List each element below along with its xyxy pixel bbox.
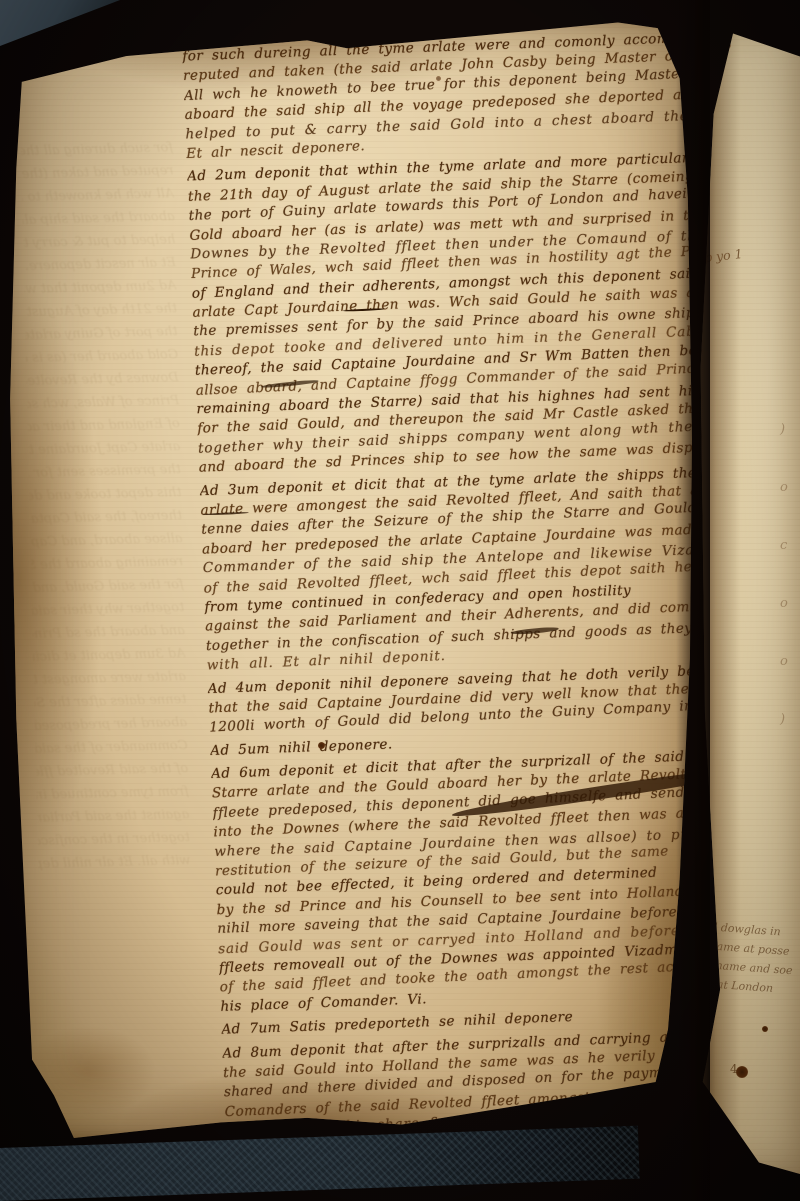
binding-cloth-bottom xyxy=(0,1126,640,1201)
ink-blot xyxy=(736,1066,748,1078)
manuscript-paragraph: Ad 3um deponit et dicit that at the tyme… xyxy=(199,462,722,676)
manuscript-paragraph: for such dureing all the tyme arlate wer… xyxy=(182,27,702,164)
binding-cloth-top xyxy=(0,0,120,46)
manuscript-paragraph: Ad 2um deponit that wthin the tyme arlat… xyxy=(187,148,715,479)
book-gutter-shadow xyxy=(676,0,710,1201)
show-through-line: with all. Et alr nihil deponit. xyxy=(38,849,191,876)
manuscript-paragraph: Ad 8um deponit that after the surprizall… xyxy=(222,1024,741,1142)
manuscript-text: for such dureing all the tyme arlate wer… xyxy=(182,27,742,1143)
edge-writing-glyph: o xyxy=(780,480,798,538)
ink-blot xyxy=(762,1026,768,1032)
edge-writing-glyph: c xyxy=(780,538,798,596)
edge-writing-glyph: ) xyxy=(780,422,798,480)
edge-writing: )ocoo) xyxy=(780,422,798,770)
show-through-text: for such dureing all the tyme arlate wer… xyxy=(21,136,195,1059)
ink-blot xyxy=(318,742,325,749)
ink-blot xyxy=(436,76,441,81)
manuscript-photo: for such dureing all the tyme arlate wer… xyxy=(0,0,800,1201)
edge-writing-glyph: o xyxy=(780,654,798,712)
edge-writing-glyph: ) xyxy=(780,712,798,770)
edge-writing-glyph: o xyxy=(780,596,798,654)
left-page: for such dureing all the tyme arlate wer… xyxy=(6,18,692,1138)
ink-blot xyxy=(722,42,731,49)
